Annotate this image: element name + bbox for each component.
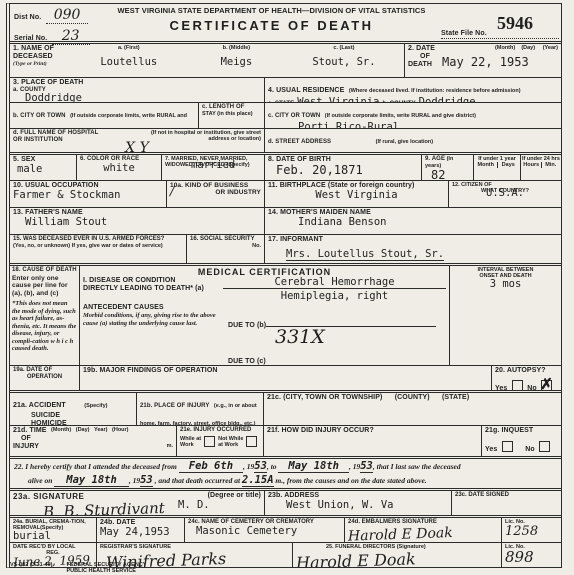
- business-label: 10a. KIND OF BUSINESS: [170, 182, 261, 189]
- date-of-death-value: May 22, 1953: [442, 56, 558, 69]
- field-burial-type: 24a. BURIAL, CREMA-TION, REMOVAL(Specify…: [10, 518, 97, 542]
- field-date-of-operation: 19a. DATE OF OPERATION: [10, 366, 80, 390]
- dist-no-label: Dist No.: [14, 14, 41, 21]
- certify-text-1: 22. I hereby certify that I attended the…: [14, 462, 177, 471]
- field-birthplace: 11. BIRTHPLACE (State or foreign country…: [265, 181, 449, 207]
- middle-name-value: Meigs: [183, 57, 291, 68]
- residence-county-label: b. COUNTY: [382, 101, 415, 102]
- usual-residence-note: (Where deceased lived. If institution: r…: [349, 88, 521, 94]
- row-place-residence: 3. PLACE OF DEATH a. COUNTY Doddridge 4.…: [10, 77, 561, 102]
- attended-from-value: Feb 6th: [179, 460, 243, 473]
- physician-signature: B. B. Sturdivant: [43, 501, 109, 515]
- field-date-of-birth: 8. DATE OF BIRTH Feb. 20,1871: [265, 155, 422, 180]
- residence-state-value: West Virginia: [297, 97, 379, 102]
- accident-specify-note: (Specify): [84, 403, 107, 409]
- under-24hrs-min-label: Min.: [542, 162, 561, 168]
- field-residence-city: c. CITY OR TOWN (If outside corporate li…: [265, 103, 561, 128]
- field-autopsy: 20. AUTOPSY? Yes No ✗: [492, 366, 561, 390]
- date-of-death-columns: (Month) (Day) (Year): [442, 45, 558, 51]
- residence-city-label: c. CITY OR TOWN: [268, 113, 320, 119]
- disease-label-2: DIRECTLY LEADING TO DEATH* (a): [83, 285, 223, 293]
- residence-city-value: Porti Rico-Rural: [298, 122, 558, 128]
- field-informant: 17. INFORMANT Mrs. Loutellus Stout, Sr.: [265, 235, 561, 263]
- field-place-of-injury: 21b. PLACE OF INJURY (e.g., in or about …: [137, 393, 264, 425]
- serial-no-value: 23: [52, 28, 90, 45]
- mother-name-value: Indiana Benson: [298, 217, 558, 228]
- field-place-of-death-county: 3. PLACE OF DEATH a. COUNTY Doddridge: [10, 78, 265, 102]
- major-findings-label: 19b. MAJOR FINDINGS OF OPERATION: [83, 367, 488, 375]
- not-while-at-work-checkbox: [246, 436, 257, 447]
- field-embalmer-license: Lic. No. 1258: [502, 518, 561, 542]
- morbid-conditions-note: Morbid conditions, if any, giving rise t…: [83, 312, 228, 365]
- field-mother-name: 14. MOTHER'S MAIDEN NAME Indiana Benson: [265, 208, 561, 234]
- degree-value: M. D.: [178, 500, 261, 511]
- field-age: 9. AGE (In years) 82: [422, 155, 474, 180]
- inquest-no-label: No: [525, 446, 535, 453]
- field-funeral-director: 25. FUNERAL DIRECTORS (Signature) Harold…: [293, 543, 502, 567]
- last-alive-value: May 18th: [54, 474, 129, 487]
- residence-state-label: a. STATE: [268, 101, 294, 102]
- burial-value: burial: [13, 531, 93, 542]
- field-citizen: 12. CITIZEN OF WHAT COUNTRY? U.S.A.: [449, 181, 561, 207]
- state-file-label: State File No.: [441, 30, 559, 39]
- row-hospital-street: d. FULL NAME OF HOSPITAL OR INSTITUTION …: [10, 128, 561, 152]
- street-address-label: d. STREET ADDRESS: [268, 139, 331, 145]
- disease-value-1: Cerebral Hemorrhage: [223, 277, 446, 289]
- funeral-lic-value: 898: [505, 550, 558, 565]
- father-name-value: William Stout: [25, 217, 261, 228]
- field-father-name: 13. FATHER'S NAME William Stout: [10, 208, 265, 234]
- field-cause-of-death-sidebar: 18. CAUSE OF DEATH Enter only one cause …: [10, 266, 80, 365]
- dist-serial-block: Dist No. 090 Serial No. 23: [10, 4, 102, 41]
- physician-address-value: West Union, W. Va: [286, 500, 448, 511]
- citizen-value: U.S.A.: [452, 188, 558, 199]
- field-signature: 23a. SIGNATURE B. B. Sturdivant (Degree …: [10, 491, 265, 515]
- date-of-death-label: 2. DATE: [408, 45, 442, 53]
- field-hospital-name: d. FULL NAME OF HOSPITAL OR INSTITUTION …: [10, 129, 265, 152]
- county-value: Doddridge: [25, 93, 261, 102]
- inquest-yes-label: Yes: [485, 446, 497, 453]
- age-label: 9. AGE: [425, 156, 445, 162]
- time-of-injury-label: 21d. TIME: [13, 427, 51, 435]
- field-business-industry: 10a. KIND OF BUSINESS OR INDUSTRY /: [167, 181, 265, 207]
- autopsy-yes-label: Yes: [495, 385, 507, 390]
- sex-value: male: [17, 164, 73, 175]
- inquest-no-checkbox: [539, 441, 550, 452]
- row-burial: 24a. BURIAL, CREMA-TION, REMOVAL(Specify…: [10, 515, 561, 542]
- field-street-address: d. STREET ADDRESS (If rural, give locati…: [265, 129, 561, 152]
- armed-forces-note: (Yes, no, or unknown) If yes, give war o…: [13, 243, 183, 249]
- medical-certification-block: 18. CAUSE OF DEATH Enter only one cause …: [10, 263, 561, 365]
- embalmer-signature: Harold E Doak: [348, 523, 498, 542]
- field-place-city: b. CITY OR TOWN (If outside corporate li…: [10, 103, 199, 128]
- certify-text-3: alive on: [28, 476, 52, 485]
- date-of-birth-value: Feb. 20,1871: [276, 164, 418, 177]
- ssn-label: 16. SOCIAL SECURITY: [190, 236, 261, 243]
- field-burial-date: 24b. DATE May 24,1953: [97, 518, 185, 542]
- row-city-town: b. CITY OR TOWN (If outside corporate li…: [10, 102, 561, 128]
- occupation-value: Farmer & Stockman: [13, 190, 163, 201]
- signature-label: 23a. SIGNATURE: [13, 492, 108, 501]
- cemetery-value: Masonic Cemetery: [196, 526, 341, 537]
- field-armed-forces: 15. WAS DECEASED EVER IN U.S. ARMED FORC…: [10, 235, 187, 263]
- under-1yr-month-label: Month: [475, 162, 498, 168]
- department-title: WEST VIRGINIA STATE DEPARTMENT OF HEALTH…: [102, 7, 441, 16]
- disease-value-2: Hemiplegia, right: [223, 291, 446, 302]
- under-1yr-days-label: Days: [498, 162, 520, 168]
- row-occupation-birthplace: 10. USUAL OCCUPATION Farmer & Stockman 1…: [10, 180, 561, 207]
- while-at-work-checkbox: [204, 436, 215, 447]
- armed-forces-label: 15. WAS DECEASED EVER IN U.S. ARMED FORC…: [13, 236, 183, 243]
- first-name-value: Loutellus: [75, 57, 183, 68]
- burial-date-value: May 24,1953: [100, 527, 181, 538]
- marital-value: married: [191, 160, 261, 171]
- time-of-injury-m: m.: [51, 443, 173, 449]
- row-physician-signature: 23a. SIGNATURE B. B. Sturdivant (Degree …: [10, 488, 561, 515]
- field-color-race: 6. COLOR OR RACE white: [77, 155, 162, 180]
- attended-to-value: May 18th: [278, 460, 349, 473]
- field-name-of-deceased: 1. NAME OF DECEASED (Type or Print) a. (…: [10, 44, 405, 77]
- field-cemetery-name: 24c. NAME OF CEMETERY OR CREMATORY Mason…: [185, 518, 345, 542]
- field-how-injury-occurred: 21f. HOW DID INJURY OCCUR?: [264, 426, 482, 456]
- field-funeral-director-license: Lic. No. 898: [502, 543, 561, 567]
- age-value: 82: [431, 169, 470, 180]
- color-race-value: white: [80, 163, 158, 174]
- field-injury-city-county-state: 21c. (CITY, TOWN OR TOWNSHIP) (COUNTY) (…: [264, 393, 561, 425]
- inquest-label: 21g. INQUEST: [485, 427, 558, 435]
- field-date-of-death: 2. DATE OF DEATH (Month) (Day) (Year) Ma…: [405, 44, 561, 77]
- street-address-note: (If rural, give location): [376, 139, 433, 145]
- field-time-of-injury: 21d. TIME OF INJURY (Month) (Day) Year) …: [10, 426, 177, 456]
- row-parents: 13. FATHER'S NAME William Stout 14. MOTH…: [10, 207, 561, 234]
- informant-label: 17. INFORMANT: [268, 236, 558, 244]
- autopsy-no-label: No: [527, 385, 537, 390]
- field-certification-statement: 22. I hereby certify that I attended the…: [10, 456, 561, 488]
- place-of-injury-label: 21b. PLACE OF INJURY: [140, 403, 209, 409]
- certify-text-5: m., from the causes and on the date stat…: [275, 476, 426, 485]
- state-file-block: 5946 State File No.: [441, 4, 561, 41]
- field-injury-occurred: 21e. INJURY OCCURRED While atWork Not Wh…: [177, 426, 264, 456]
- embalmer-lic-value: 1258: [505, 525, 558, 538]
- medical-certification-center: MEDICAL CERTIFICATION I. DISEASE OR COND…: [80, 266, 450, 365]
- date-of-operation-label: 19a. DATE OF: [13, 367, 76, 374]
- field-length-of-stay: c. LENGTH OF STAY (in this place): [199, 103, 265, 128]
- hospital-note: (If not in hospital or institution, give…: [131, 130, 261, 144]
- hospital-label: d. FULL NAME OF HOSPITAL OR INSTITUTION: [13, 130, 108, 144]
- field-interval-onset-death: INTERVAL BETWEEN ONSET AND DEATH 3 mos: [450, 266, 561, 365]
- alive-year-value: 53: [140, 474, 153, 487]
- injury-occurred-label: 21e. INJURY OCCURRED: [180, 427, 260, 434]
- length-of-stay-label: c. LENGTH OF: [202, 104, 261, 111]
- time-of-injury-columns: (Month) (Day) Year) (Hour): [51, 427, 173, 433]
- last-name-label: c. (Last): [290, 45, 398, 51]
- due-to-c-label: DUE TO (c): [228, 358, 266, 365]
- field-embalmer-signature: 24d. EMBALMERS SIGNATURE Harold E Doak: [345, 518, 502, 542]
- autopsy-no-checkbox: ✗: [541, 380, 552, 390]
- cause-of-death-label: 18. CAUSE OF DEATH: [12, 267, 77, 274]
- field-usual-residence: 4. USUAL RESIDENCE (Where deceased lived…: [265, 78, 561, 102]
- autopsy-no-x-mark: ✗: [540, 375, 553, 390]
- death-time-value: 2.15A: [242, 474, 274, 487]
- autopsy-label: 20. AUTOPSY?: [495, 367, 558, 375]
- disease-label-1: I. DISEASE OR CONDITION: [83, 277, 223, 285]
- residence-county-value: Doddridge: [419, 97, 476, 102]
- certify-text-4: , and that death occurred at: [155, 476, 240, 485]
- field-social-security: 16. SOCIAL SECURITY No.: [187, 235, 265, 263]
- from-year-value: 53: [254, 460, 267, 473]
- certificate-title: CERTIFICATE OF DEATH: [102, 19, 441, 34]
- row-name-date: 1. NAME OF DECEASED (Type or Print) a. (…: [10, 41, 561, 77]
- last-name-value: Stout, Sr.: [290, 57, 398, 68]
- row-sex-race-birth: 5. SEX male 6. COLOR OR RACE white 7. MA…: [10, 152, 561, 180]
- form-header: Dist No. 090 Serial No. 23 WEST VIRGINIA…: [10, 4, 561, 41]
- field-physician-address: 23b. ADDRESS West Union, W. Va: [265, 491, 452, 515]
- field-marital-status: 7. MARRIED, NEVER MARRIED, WIDOWED, DIVO…: [162, 155, 265, 180]
- antecedent-causes-label: ANTECEDENT CAUSES: [80, 302, 449, 312]
- field-accident-suicide-homicide: 21a. ACCIDENT (Specify) SUICIDE HOMICIDE: [10, 393, 137, 425]
- first-name-label: a. (First): [75, 45, 183, 51]
- due-to-b-label: DUE TO (b): [228, 322, 266, 329]
- field-age-under-1yr: If under 1 year Month Days: [474, 155, 521, 180]
- certify-text-2: , that I last saw the deceased: [373, 462, 461, 471]
- cause-instructions-1: Enter only one cause per line for (a), (…: [12, 275, 77, 297]
- place-city-label: b. CITY OR TOWN: [13, 113, 66, 119]
- under-24hrs-hours-label: Hours: [522, 162, 542, 168]
- name-label: 1. NAME OF: [13, 45, 75, 53]
- agency-line-2: PUBLIC HEALTH SERVICE: [67, 568, 147, 574]
- usual-residence-label: 4. USUAL RESIDENCE: [268, 87, 344, 94]
- field-occupation: 10. USUAL OCCUPATION Farmer & Stockman: [10, 181, 167, 207]
- field-age-under-24hrs: If under 24 hrs Hours Min.: [521, 155, 561, 180]
- informant-value: Mrs. Loutellus Stout, Sr.: [286, 249, 444, 261]
- death-certificate-document: Dist No. 090 Serial No. 23 WEST VIRGINIA…: [0, 0, 574, 575]
- dist-no-value: 090: [46, 7, 89, 24]
- row-forces-informant: 15. WAS DECEASED EVER IN U.S. ARMED FORC…: [10, 234, 561, 263]
- date-signed-label: 23c. DATE SIGNED: [455, 492, 558, 499]
- field-sex: 5. SEX male: [10, 155, 77, 180]
- serial-no-label: Serial No.: [14, 35, 47, 42]
- title-block: WEST VIRGINIA STATE DEPARTMENT OF HEALTH…: [102, 4, 441, 41]
- certificate-form: Dist No. 090 Serial No. 23 WEST VIRGINIA…: [6, 3, 562, 568]
- row-accident-place: 21a. ACCIDENT (Specify) SUICIDE HOMICIDE…: [10, 390, 561, 425]
- form-number: VS-002 (3-31-49): [10, 562, 53, 568]
- injury-location-label: 21c. (CITY, TOWN OR TOWNSHIP) (COUNTY) (…: [267, 394, 558, 402]
- autopsy-yes-checkbox: [512, 380, 523, 390]
- cause-instructions-2: *This does not mean the mode of dying, s…: [12, 300, 77, 352]
- middle-name-label: b. (Middle): [183, 45, 291, 51]
- interval-value: 3 mos: [453, 279, 558, 290]
- field-inquest: 21g. INQUEST Yes No: [482, 426, 561, 456]
- place-of-death-label: 3. PLACE OF DEATH: [13, 79, 261, 87]
- row-operation-autopsy: 19a. DATE OF OPERATION 19b. MAJOR FINDIN…: [10, 365, 561, 390]
- field-date-signed: 23c. DATE SIGNED: [452, 491, 561, 515]
- due-to-b-value: 331X: [275, 328, 325, 347]
- accident-label: 21a. ACCIDENT: [13, 402, 66, 409]
- form-footer: VS-002 (3-31-49) FEDERAL SECURITY AGENCY…: [10, 562, 146, 574]
- inquest-yes-checkbox: [502, 441, 513, 452]
- how-injury-occurred-label: 21f. HOW DID INJURY OCCUR?: [267, 427, 478, 435]
- row-time-of-injury: 21d. TIME OF INJURY (Month) (Day) Year) …: [10, 425, 561, 456]
- field-major-findings: 19b. MAJOR FINDINGS OF OPERATION: [80, 366, 492, 390]
- to-year-value: 53: [360, 460, 373, 473]
- birthplace-value: West Virginia: [268, 190, 445, 201]
- residence-city-note: (If outside corporate limits, write RURA…: [325, 113, 476, 119]
